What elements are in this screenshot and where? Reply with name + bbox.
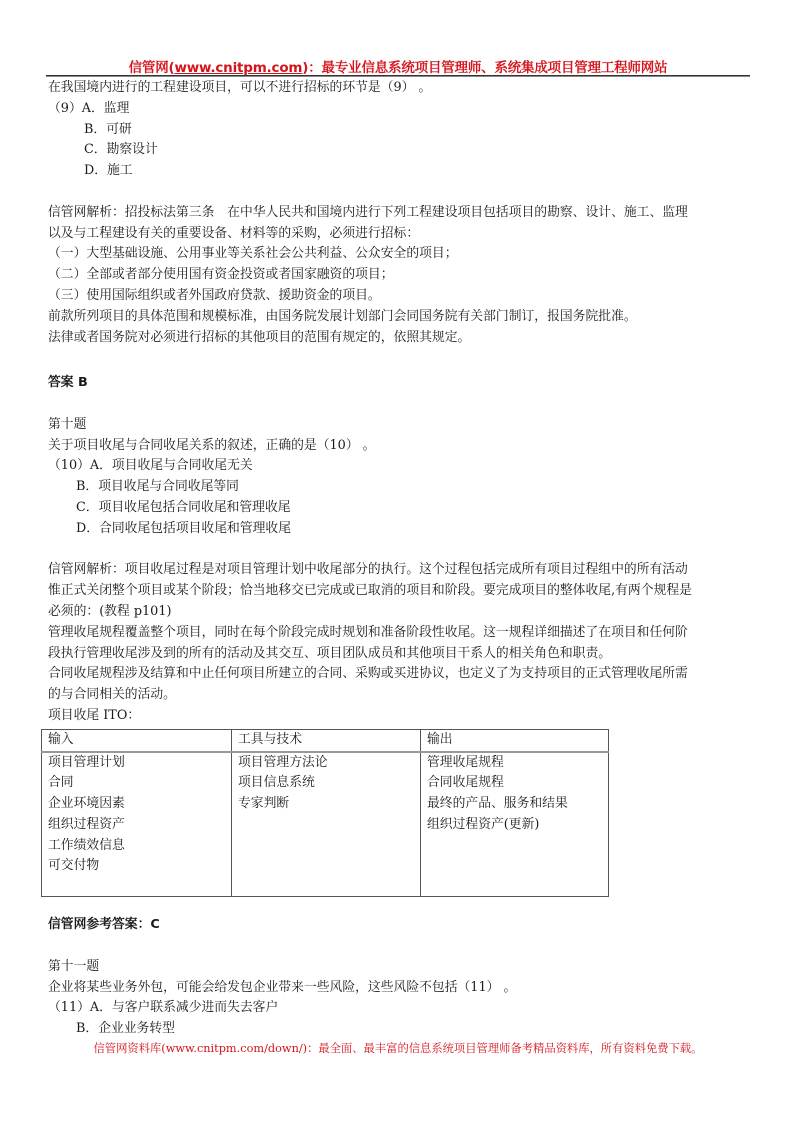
q9-analysis-line: （一）大型基础设施、公用事业等关系社会公共利益、公众安全的项目； <box>48 244 752 265</box>
document-body: 在我国境内进行的工程建设项目，可以不进行招标的环节是（9） 。 （9）A．监理 … <box>48 78 752 1040</box>
q10-option-a: （10）A．项目收尾与合同收尾无关 <box>48 456 752 477</box>
ito-header-inputs: 输入 <box>42 729 232 751</box>
ito-tools-cell: 项目管理方法论 项目信息系统 专家判断 <box>232 752 421 897</box>
header-suffix: )：最专业信息系统项目管理师、系统集成项目管理工程师网站 <box>302 60 667 76</box>
q10-option-b: B．项目收尾与合同收尾等同 <box>48 477 752 498</box>
header-prefix: 信管网( <box>129 60 175 76</box>
header-site-link[interactable]: www.cnitpm.com <box>175 60 303 76</box>
q10-analysis-line: 必须的：(教程 p101) <box>48 602 752 623</box>
ito-input-item: 企业环境因素 <box>48 794 225 815</box>
q11-title: 第十一题 <box>48 957 752 978</box>
page-header: 信管网(www.cnitpm.com)：最专业信息系统项目管理师、系统集成项目管… <box>46 56 750 76</box>
header-divider <box>46 75 750 77</box>
ito-tool-item: 项目管理方法论 <box>238 753 414 774</box>
q9-analysis-line: （三）使用国际组织或者外国政府贷款、援助资金的项目。 <box>48 286 752 307</box>
q10-analysis-line: 的与合同相关的活动。 <box>48 685 752 706</box>
q9-option-b: B．可研 <box>48 120 752 141</box>
q11-stem: 企业将某些业务外包，可能会给发包企业带来一些风险，这些风险不包括（11） 。 <box>48 978 752 999</box>
q9-analysis-line: （二）全部或者部分使用国有资金投资或者国家融资的项目； <box>48 265 752 286</box>
q9-option-a: （9）A．监理 <box>48 99 752 120</box>
q10-analysis-line: 合同收尾规程涉及结算和中止任何项目所建立的合同、采购或买进协议，也定义了为支持项… <box>48 664 752 685</box>
ito-caption: 项目收尾 ITO： <box>48 706 752 727</box>
q10-answer: 信管网参考答案：C <box>48 915 752 936</box>
q9-analysis-line: 前款所列项目的具体范围和规模标准，由国务院发展计划部门会同国务院有关部门制订，报… <box>48 307 752 328</box>
ito-input-item: 工作绩效信息 <box>48 836 225 857</box>
q10-option-c: C．项目收尾包括合同收尾和管理收尾 <box>48 498 752 519</box>
ito-output-item: 最终的产品、服务和结果 <box>427 794 602 815</box>
q9-option-d: D．施工 <box>48 161 752 182</box>
q9-option-c: C．勘察设计 <box>48 140 752 161</box>
ito-input-item: 可交付物 <box>48 856 225 877</box>
q10-analysis-line: 信管网解析：项目收尾过程是对项目管理计划中收尾部分的执行。这个过程包括完成所有项… <box>48 560 752 581</box>
q10-analysis-line: 惟正式关闭整个项目或某个阶段；恰当地移交已完成或已取消的项目和阶段。要完成项目的… <box>48 581 752 602</box>
ito-header-outputs: 输出 <box>421 729 609 751</box>
ito-header-tools: 工具与技术 <box>232 729 421 751</box>
ito-table: 输入 工具与技术 输出 项目管理计划 合同 企业环境因素 组织过程资产 工作绩效… <box>41 729 609 897</box>
q9-stem: 在我国境内进行的工程建设项目，可以不进行招标的环节是（9） 。 <box>48 78 752 99</box>
ito-input-item: 项目管理计划 <box>48 753 225 774</box>
ito-output-item: 管理收尾规程 <box>427 753 602 774</box>
ito-input-item: 组织过程资产 <box>48 815 225 836</box>
ito-inputs-cell: 项目管理计划 合同 企业环境因素 组织过程资产 工作绩效信息 可交付物 <box>42 752 232 897</box>
q11-option-b: B．企业业务转型 <box>48 1019 752 1040</box>
q10-option-d: D．合同收尾包括项目收尾和管理收尾 <box>48 519 752 540</box>
q10-stem: 关于项目收尾与合同收尾关系的叙述，正确的是（10） 。 <box>48 436 752 457</box>
ito-tool-item: 项目信息系统 <box>238 773 414 794</box>
q9-analysis-line: 信管网解析：招投标法第三条 在中华人民共和国境内进行下列工程建设项目包括项目的勘… <box>48 203 752 224</box>
q10-analysis-line: 管理收尾规程覆盖整个项目，同时在每个阶段完成时规划和准备阶段性收尾。这一规程详细… <box>48 623 752 644</box>
q9-analysis-line: 以及与工程建设有关的重要设备、材料等的采购，必须进行招标： <box>48 224 752 245</box>
q9-analysis-line: 法律或者国务院对必须进行招标的其他项目的范围有规定的，依照其规定。 <box>48 328 752 349</box>
ito-body-row: 项目管理计划 合同 企业环境因素 组织过程资产 工作绩效信息 可交付物 项目管理… <box>42 752 609 897</box>
ito-output-item: 合同收尾规程 <box>427 773 602 794</box>
q11-option-a: （11）A．与客户联系减少进而失去客户 <box>48 998 752 1019</box>
ito-header-row: 输入 工具与技术 输出 <box>42 729 609 751</box>
ito-output-item: 组织过程资产(更新) <box>427 815 602 836</box>
q9-answer: 答案 B <box>48 373 752 394</box>
ito-tool-item: 专家判断 <box>238 794 414 815</box>
ito-input-item: 合同 <box>48 773 225 794</box>
q10-analysis-line: 段执行管理收尾涉及到的所有的活动及其交互、项目团队成员和其他项目干系人的相关角色… <box>48 644 752 665</box>
page-footer: 信管网资料库(www.cnitpm.com/down/)：最全面、最丰富的信息系… <box>48 1040 748 1056</box>
ito-outputs-cell: 管理收尾规程 合同收尾规程 最终的产品、服务和结果 组织过程资产(更新) <box>421 752 609 897</box>
q10-title: 第十题 <box>48 415 752 436</box>
